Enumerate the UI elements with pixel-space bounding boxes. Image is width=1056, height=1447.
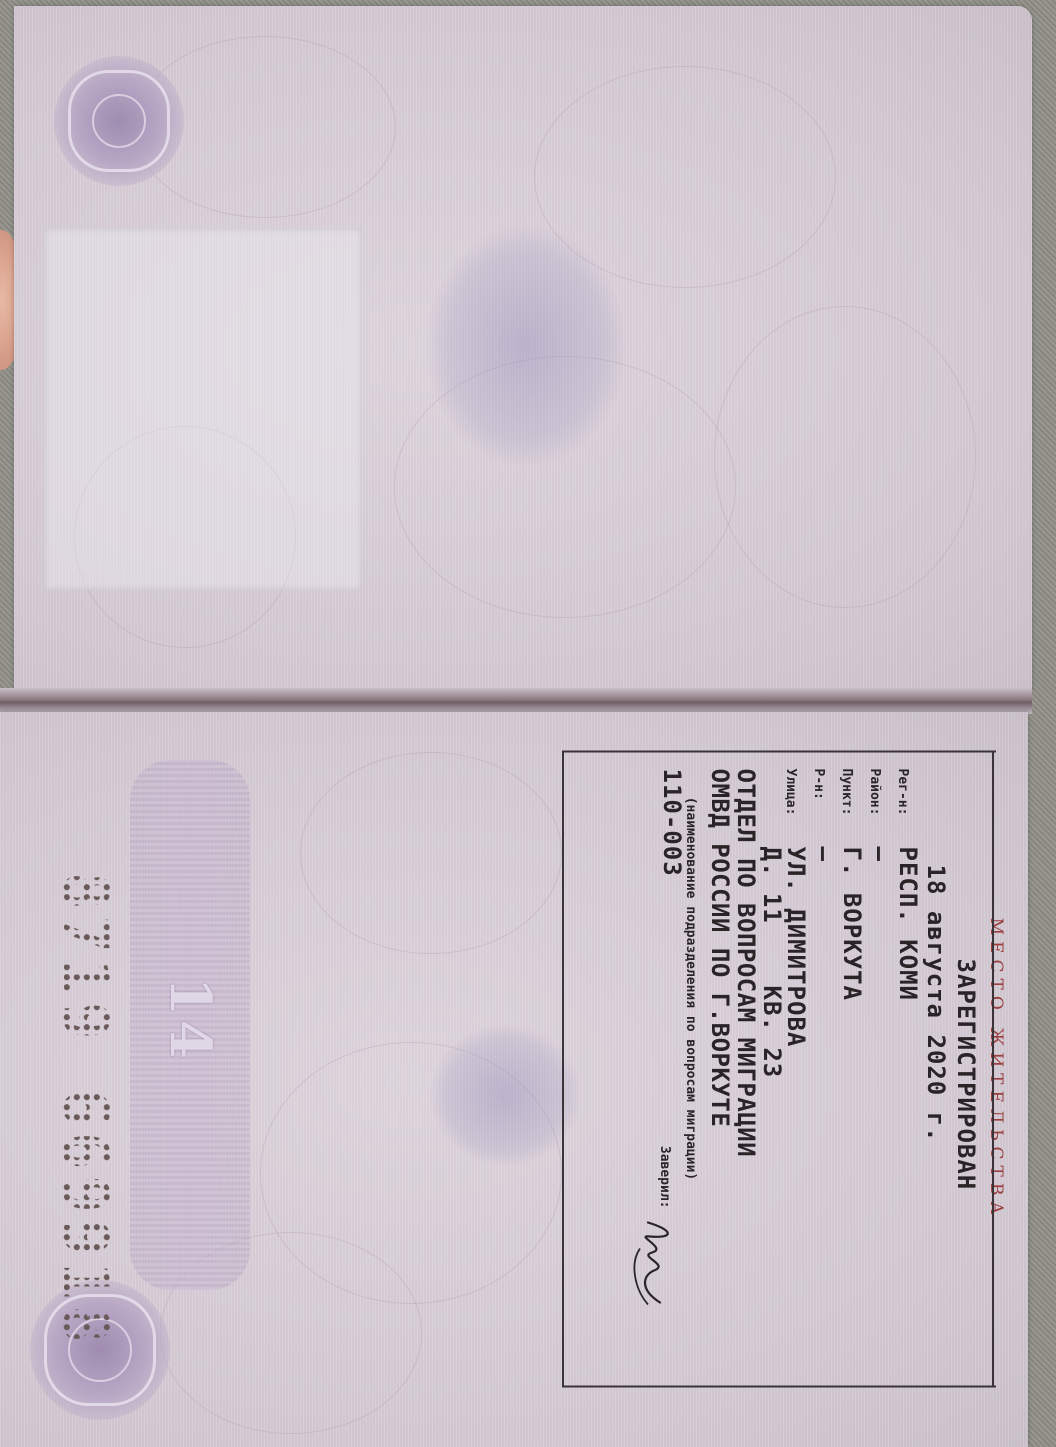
registration-stamp: МЕСТО ЖИТЕЛЬСТВА ЗАРЕГИСТРИРОВАН 18 авгу… bbox=[562, 750, 996, 1387]
field-region: Рег-н: РЕСП. КОМИ bbox=[896, 768, 920, 1375]
field-street: Улица: УЛ. ДИМИТРОВА bbox=[784, 768, 808, 1375]
serial-number-text: 8719 669918 bbox=[49, 872, 122, 1349]
perforated-serial-number: 8719 669918 bbox=[50, 815, 120, 1405]
organization-line-2: ОМВД РОССИИ ПО Г.ВОРКУТЕ bbox=[708, 768, 732, 1375]
field-label: Пункт: bbox=[840, 768, 853, 846]
field-label: Рег-н: bbox=[896, 768, 909, 846]
field-value: — bbox=[812, 846, 836, 861]
security-ornament-icon bbox=[54, 56, 184, 186]
bleed-through-seal bbox=[430, 1025, 580, 1165]
field-locality: Пункт: Г. ВОРКУТА bbox=[840, 768, 864, 1375]
field-value: Г. ВОРКУТА bbox=[840, 846, 864, 1001]
page-number: 14 bbox=[150, 780, 230, 1260]
organization-line-1: ОТДЕЛ ПО ВОПРОСАМ МИГРАЦИИ bbox=[734, 768, 758, 1375]
field-value: — bbox=[868, 846, 892, 861]
stamp-body: ЗАРЕГИСТРИРОВАН 18 августа 2020 г. Рег-н… bbox=[657, 768, 978, 1375]
field-value: РЕСП. КОМИ bbox=[896, 846, 920, 1001]
security-wave bbox=[300, 752, 562, 954]
stamp-frame: МЕСТО ЖИТЕЛЬСТВА ЗАРЕГИСТРИРОВАН 18 авгу… bbox=[562, 750, 996, 1387]
signature-icon bbox=[630, 1218, 678, 1308]
bleed-through-seal bbox=[426, 226, 626, 466]
field-value: Д. 11 КВ. 23 bbox=[760, 846, 784, 1078]
page-number-text: 14 bbox=[157, 977, 223, 1063]
field-house-apartment: Д. 11 КВ. 23 bbox=[760, 768, 784, 1375]
field-value: УЛ. ДИМИТРОВА bbox=[784, 846, 808, 1047]
photo-area bbox=[44, 228, 362, 590]
field-label: Район: bbox=[868, 768, 881, 846]
field-label: Р-н: bbox=[812, 768, 825, 846]
passport-page-top bbox=[14, 6, 1032, 690]
stamp-header: МЕСТО ЖИТЕЛЬСТВА bbox=[986, 752, 1006, 1385]
field-label: Улица: bbox=[784, 768, 797, 846]
security-wave bbox=[714, 306, 976, 608]
registration-date: 18 августа 2020 г. bbox=[924, 864, 948, 1375]
field-city-district: Р-н: — bbox=[812, 768, 836, 1375]
stamp-title: ЗАРЕГИСТРИРОВАН bbox=[954, 958, 978, 1375]
passport-spine bbox=[0, 688, 1032, 714]
certified-label: Заверил: bbox=[657, 1145, 672, 1208]
field-district: Район: — bbox=[868, 768, 892, 1375]
department-code: 110-003 bbox=[657, 768, 686, 876]
